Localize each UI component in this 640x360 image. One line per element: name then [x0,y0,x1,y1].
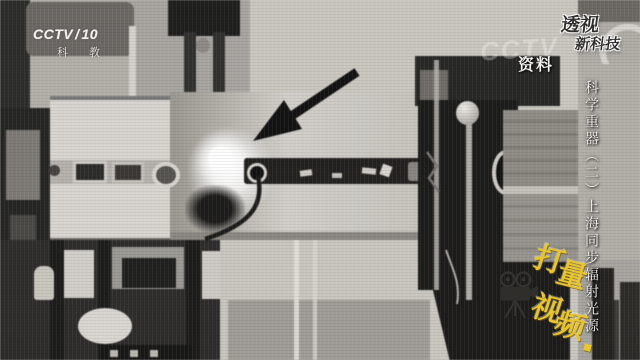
channel-name: 科 教 [57,44,109,60]
squiggle [427,152,439,192]
archive-label: 资料 [518,52,554,75]
cable [205,176,259,239]
show-title-line1: 透视 [560,16,640,35]
show-title-line2: 新科技 [574,37,640,52]
channel-number: 10 [82,26,99,42]
show-watermark: 透视 新科技 [553,16,639,52]
annotation-arrow-icon [253,72,357,141]
channel-wordmark: CCTV [33,26,73,42]
channel-bug: CCTV/10 科 教 [33,26,109,60]
platform-watermark: 打 量 视 频 [520,240,600,360]
channel-separator: / [75,26,79,42]
scratch [446,250,458,304]
platform-logo-dot [583,343,591,351]
channel-bug-wordmark-row: CCTV/10 [33,26,109,42]
tv-frame: CCTV/10 科 教 CCTV 透视 新科技 资料 科学重器（二）上海同步辐射… [0,0,640,360]
